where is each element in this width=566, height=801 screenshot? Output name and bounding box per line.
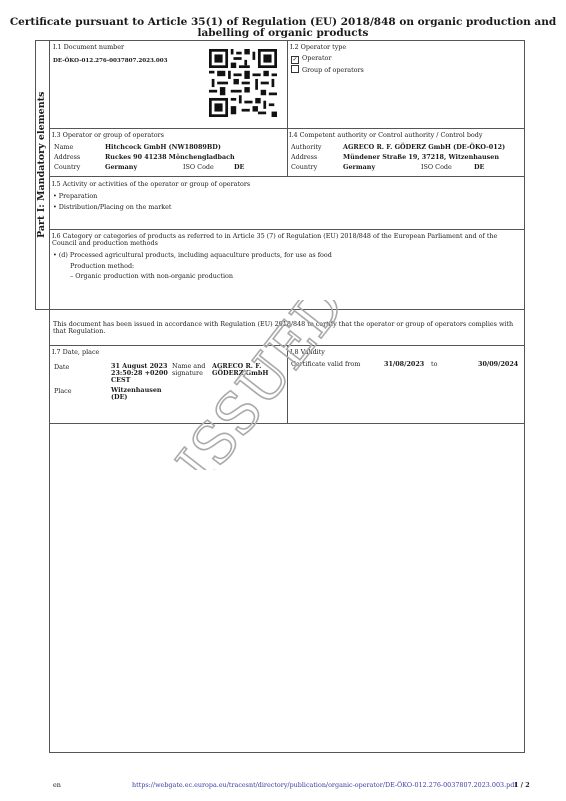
- divider: [287, 345, 288, 424]
- pdf-link[interactable]: https://webgate.ec.europa.eu/tracesnt/di…: [132, 781, 517, 789]
- operator-iso: DE: [234, 163, 244, 171]
- label: to: [431, 360, 437, 368]
- i2-heading: I.2 Operator type: [290, 43, 346, 51]
- blank-area: [49, 424, 525, 753]
- label: ISO Code: [183, 163, 214, 171]
- operator-name: Hitchcock GmbH (NW18089BD): [105, 143, 221, 151]
- i8-heading: I.8 Validity: [290, 348, 325, 356]
- label: Country: [54, 163, 80, 171]
- label: Authority: [291, 143, 322, 151]
- operator-country: Germany: [105, 163, 137, 171]
- authority-name: AGRECO R. F. GÖDERZ GmbH (DE-ÖKO-012): [343, 143, 505, 151]
- activity-item: • Preparation: [53, 192, 97, 200]
- valid-from-date: 31/08/2023: [384, 360, 424, 368]
- signature: AGRECO R. F. GÖDERZ GmbH: [212, 363, 272, 377]
- issuance-statement: This document has been issued in accorda…: [53, 321, 519, 335]
- divider: [287, 40, 288, 129]
- label: ISO Code: [421, 163, 452, 171]
- label: Name: [54, 143, 73, 151]
- product-category: • (d) Processed agricultural products, i…: [53, 251, 332, 259]
- i3-heading: I.3 Operator or group of operators: [52, 131, 164, 139]
- qr-code-icon: [209, 48, 277, 118]
- operator-address: Ruckes 90 41238 Mönchengladbach: [105, 153, 235, 161]
- valid-to-date: 30/09/2024: [478, 360, 518, 368]
- authority-country: Germany: [343, 163, 375, 171]
- label: Address: [291, 153, 317, 161]
- i6-heading: I.6 Category or categories of products a…: [52, 233, 522, 247]
- i4-heading: I.4 Competent authority or Control autho…: [289, 131, 482, 139]
- production-method: – Organic production with non-organic pr…: [70, 272, 233, 280]
- divider: [49, 229, 525, 230]
- issue-date: 31 August 2023 23:50:28 +0200 CEST: [111, 363, 169, 384]
- footer-language: en: [53, 781, 61, 789]
- production-method-label: Production method:: [70, 262, 134, 270]
- document-number: DE-ÖKO-012.276-0037807.2023.003: [53, 57, 168, 65]
- operator-type-operator[interactable]: ✓Operator: [291, 54, 331, 64]
- part-one-label: Part I: Mandatory elements: [36, 118, 47, 238]
- i1-heading: I.1 Document number: [53, 43, 124, 51]
- authority-iso: DE: [474, 163, 484, 171]
- label: Country: [291, 163, 317, 171]
- i5-heading: I.5 Activity or activities of the operat…: [52, 180, 250, 188]
- footer-url[interactable]: https://webgate.ec.europa.eu/tracesnt/di…: [132, 781, 517, 789]
- checkbox-unchecked-icon[interactable]: [291, 65, 299, 73]
- i7-heading: I.7 Date, place: [52, 348, 99, 356]
- label: Address: [54, 153, 80, 161]
- certificate-title: Certificate pursuant to Article 35(1) of…: [0, 17, 566, 39]
- operator-type-group[interactable]: Group of operators: [291, 65, 364, 74]
- page-number: 1 / 2: [514, 781, 530, 789]
- label: Name and signature: [172, 363, 210, 377]
- authority-address: Mündener Straße 19, 37218, Witzenhausen: [343, 153, 499, 161]
- label: Date: [54, 363, 69, 371]
- issue-place: Witzenhausen (DE): [111, 387, 166, 401]
- label: Certificate valid from: [291, 360, 360, 368]
- label: Place: [54, 387, 72, 395]
- checkbox-checked-icon[interactable]: ✓: [291, 56, 299, 64]
- divider: [49, 176, 525, 177]
- divider: [287, 128, 288, 177]
- activity-item: • Distribution/Placing on the market: [53, 203, 172, 211]
